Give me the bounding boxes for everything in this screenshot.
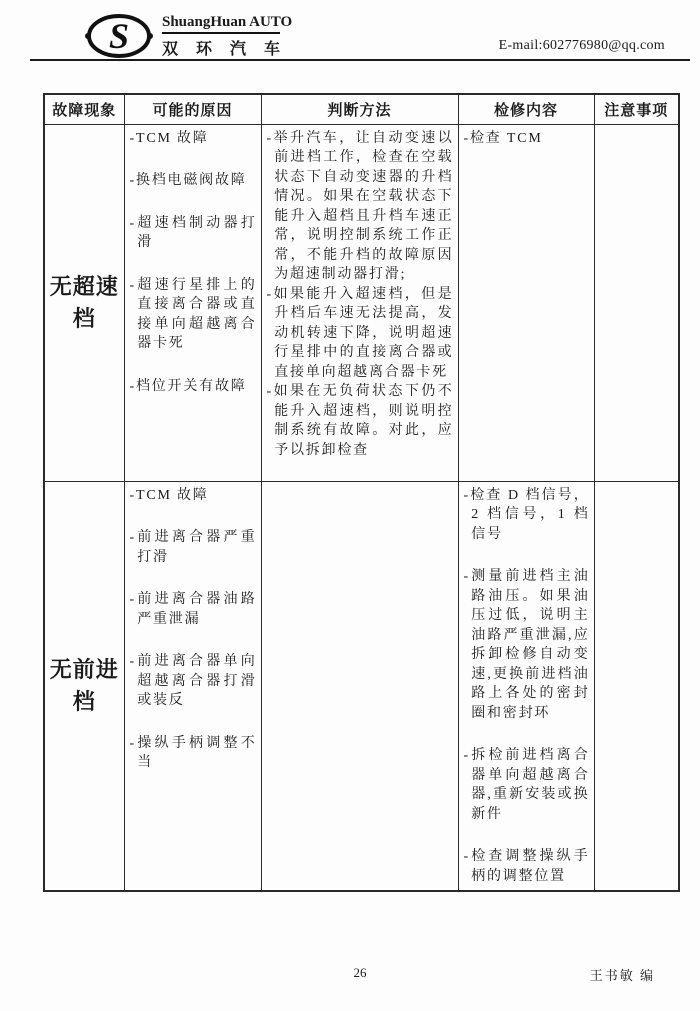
cell-item: -检查 D 档信号，2 档信号，1 档信号 [464, 486, 590, 545]
notes-cell [594, 124, 679, 481]
cell-item: -拆检前进档离合器单向超越离合器,重新安装或换新件 [464, 746, 590, 824]
contact-email: E-mail:602776980@qq.com [499, 38, 665, 54]
table-row: 无超速档 -TCM 故障-换档电磁阀故障-超速档制动器打滑-超速行星排上的直接离… [44, 124, 679, 481]
judgment-cell: -举升汽车，让自动变速以前进档工作，检查在空载状态下自动变速器的升档情况。如果在… [261, 124, 458, 481]
fault-diagnosis-table: 故障现象 可能的原因 判断方法 检修内容 注意事项 无超速档 -TCM 故障-换… [43, 93, 680, 892]
causes-cell: -TCM 故障-换档电磁阀故障-超速档制动器打滑-超速行星排上的直接离合器或直接… [124, 124, 261, 481]
cell-item: -TCM 故障 [130, 129, 257, 149]
repair-cell: -检查 TCM [458, 124, 594, 481]
column-header-notes: 注意事项 [594, 94, 679, 124]
causes-cell: -TCM 故障-前进离合器严重打滑-前进离合器油路严重泄漏-前进离合器单向超越离… [124, 481, 261, 891]
document-page: S ShuangHuan AUTO 双 环 汽 车 E-mail:6027769… [0, 0, 700, 1011]
editor-credit: 王书敏 编 [590, 965, 655, 984]
svg-text:S: S [109, 16, 129, 56]
cell-item: -前进离合器严重打滑 [130, 528, 257, 567]
cell-item: -检查 TCM [464, 129, 590, 149]
header-divider [30, 59, 690, 61]
repair-cell: -检查 D 档信号，2 档信号，1 档信号-测量前进档主油路油压。如果油压过低，… [458, 481, 594, 891]
brand-block: S ShuangHuan AUTO 双 环 汽 车 [84, 12, 280, 60]
column-header-judgment: 判断方法 [261, 94, 458, 124]
fault-name-cell: 无超速档 [44, 124, 124, 481]
shuanghuan-logo-icon: S [84, 12, 154, 60]
brand-name-chinese: 双 环 汽 车 [162, 36, 280, 59]
table-header-row: 故障现象 可能的原因 判断方法 检修内容 注意事项 [44, 94, 679, 124]
cell-item: -档位开关有故障 [130, 377, 257, 397]
cell-item: -TCM 故障 [130, 486, 257, 506]
table-row: 无前进档 -TCM 故障-前进离合器严重打滑-前进离合器油路严重泄漏-前进离合器… [44, 481, 679, 891]
column-header-repair: 检修内容 [458, 94, 594, 124]
brand-char: 环 [196, 36, 212, 59]
cell-item: -检查调整操纵手柄的调整位置 [464, 847, 590, 886]
brand-char: 双 [162, 36, 178, 59]
column-header-fault: 故障现象 [44, 94, 124, 124]
cell-item: -前进离合器油路严重泄漏 [130, 590, 257, 629]
cell-item: -如果在无负荷状态下仍不能升入超速档，则说明控制系统有故障。对此，应予以拆卸检查 [267, 382, 454, 460]
brand-char: 汽 [230, 36, 246, 59]
fault-name-cell: 无前进档 [44, 481, 124, 891]
cell-item: -如果能升入超速档，但是升档后车速无法提高，发动机转速下降，说明超速行星排中的直… [267, 285, 454, 383]
cell-item: -测量前进档主油路油压。如果油压过低，说明主油路严重泄漏,应拆卸检修自动变速,更… [464, 567, 590, 723]
brand-text: ShuangHuan AUTO 双 环 汽 车 [162, 14, 280, 59]
brand-name-latin: ShuangHuan AUTO [162, 14, 280, 34]
cell-item: -操纵手柄调整不当 [130, 734, 257, 773]
cell-item: -举升汽车，让自动变速以前进档工作，检查在空载状态下自动变速器的升档情况。如果在… [267, 129, 454, 285]
column-header-causes: 可能的原因 [124, 94, 261, 124]
cell-item: -超速行星排上的直接离合器或直接单向超越离合器卡死 [130, 276, 257, 354]
judgment-cell [261, 481, 458, 891]
brand-char: 车 [264, 36, 280, 59]
notes-cell [594, 481, 679, 891]
cell-item: -换档电磁阀故障 [130, 171, 257, 191]
cell-item: -超速档制动器打滑 [130, 214, 257, 253]
cell-item: -前进离合器单向超越离合器打滑或装反 [130, 652, 257, 711]
